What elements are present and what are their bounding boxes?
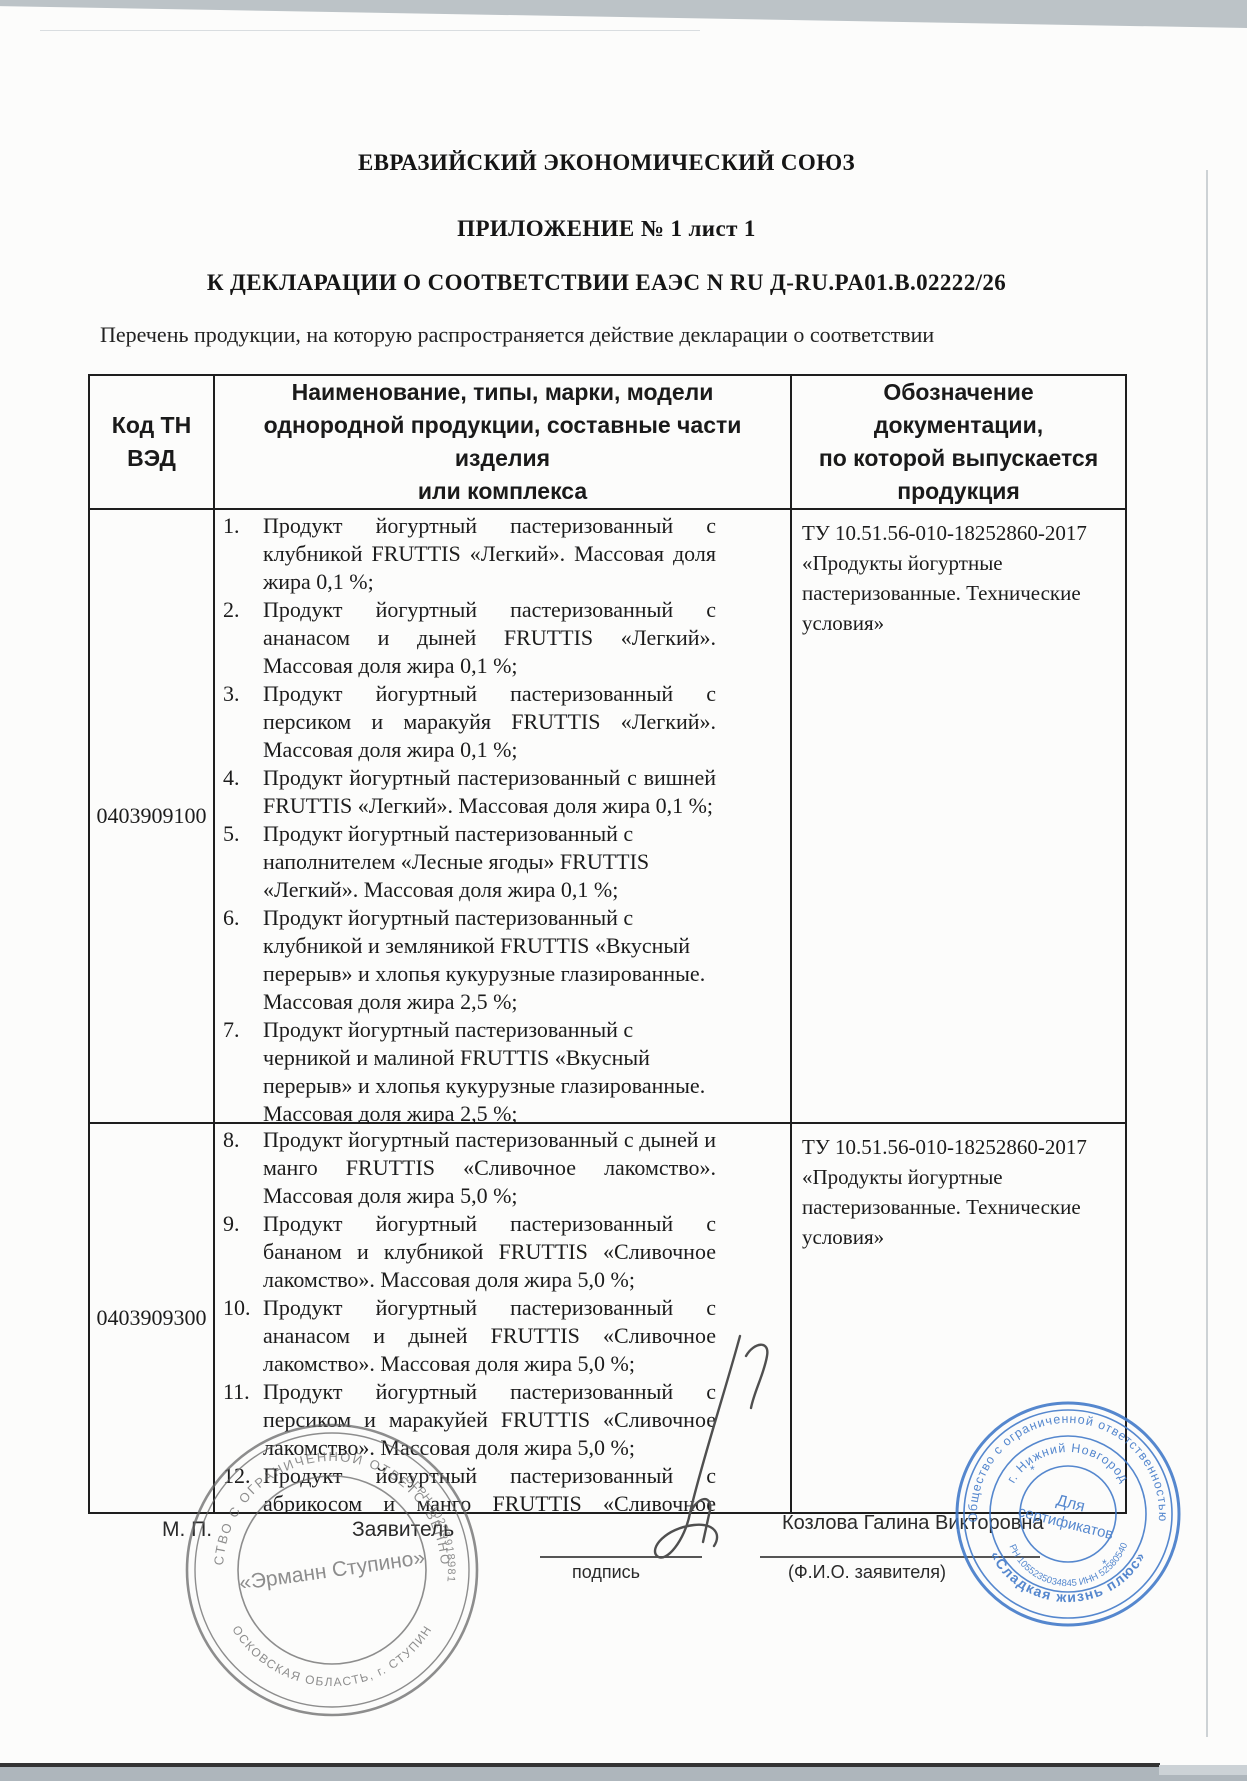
item-number: 3. [223, 680, 263, 764]
scan-edge-top [0, 0, 1247, 28]
item-text: Продукт йогуртный пастеризованный с вишн… [263, 764, 716, 820]
black-stamp-ring-top-text: ОБЩЕСТВО С ОГРАНИЧЕННОЙ ОТВЕТСТВЕННОСТЬЮ [182, 1420, 453, 1567]
product-item: 2.Продукт йогуртный пастеризованный с ан… [223, 596, 716, 680]
item-text: Продукт йогуртный пастеризованный с перс… [263, 680, 716, 764]
header-tn-ved: Код ТН ВЭД [89, 375, 214, 509]
product-items-cell: 1.Продукт йогуртный пастеризованный с кл… [214, 509, 791, 1123]
item-text: Продукт йогуртный пастеризованный с черн… [263, 1016, 716, 1122]
blue-stamp-star-left: * [1030, 1463, 1035, 1477]
product-item: 4.Продукт йогуртный пастеризованный с ви… [223, 764, 716, 820]
item-number: 9. [223, 1210, 263, 1294]
item-text: Продукт йогуртный пастеризованный с бана… [263, 1210, 716, 1294]
product-item: 5.Продукт йогуртный пастеризованный с на… [223, 820, 716, 904]
header-product-name: Наименование, типы, марки, модели одноро… [214, 375, 791, 509]
scan-edge-bottom-right [1159, 1765, 1247, 1775]
item-text: Продукт йогуртный пастеризованный с напо… [263, 820, 716, 904]
scanned-declaration-page: ЕВРАЗИЙСКИЙ ЭКОНОМИЧЕСКИЙ СОЮЗ ПРИЛОЖЕНИ… [0, 0, 1247, 1781]
tn-ved-code: 0403909100 [89, 509, 214, 1123]
black-stamp-center-text: «Эрманн Ступино» [238, 1546, 427, 1595]
table-row: 04039091001.Продукт йогуртный пастеризов… [89, 509, 1126, 1123]
svg-text:г. Нижний Новгород: г. Нижний Новгород [1004, 1441, 1131, 1485]
product-item: 1.Продукт йогуртный пастеризованный с кл… [223, 512, 716, 596]
item-number: 5. [223, 820, 263, 904]
item-text: Продукт йогуртный пастеризованный с дыне… [263, 1126, 716, 1210]
union-title: ЕВРАЗИЙСКИЙ ЭКОНОМИЧЕСКИЙ СОЮЗ [88, 150, 1125, 176]
appendix-title: ПРИЛОЖЕНИЕ № 1 лист 1 [88, 216, 1125, 242]
blue-stamp-inner-top-text: г. Нижний Новгород [1004, 1441, 1131, 1485]
item-text: Продукт йогуртный пастеризованный с клуб… [263, 512, 716, 596]
table-header-row: Код ТН ВЭД Наименование, типы, марки, мо… [89, 375, 1126, 509]
scan-edge-bottom [0, 1767, 1247, 1781]
svg-text:ОБЩЕСТВО С ОГРАНИЧЕННОЙ ОТВЕТС: ОБЩЕСТВО С ОГРАНИЧЕННОЙ ОТВЕТСТВЕННОСТЬЮ [182, 1420, 453, 1567]
round-stamp-black: ОБЩЕСТВО С ОГРАНИЧЕННОЙ ОТВЕТСТВЕННОСТЬЮ… [182, 1420, 482, 1720]
doc-reference-cell: ТУ 10.51.56-010-18252860-2017 «Продукты … [791, 509, 1126, 1123]
fio-caption: (Ф.И.О. заявителя) [788, 1562, 946, 1583]
blue-stamp-star-right: * [1102, 1557, 1107, 1571]
item-number: 10. [223, 1294, 263, 1378]
items-clip: 1.Продукт йогуртный пастеризованный с кл… [223, 512, 716, 1122]
item-number: 7. [223, 1016, 263, 1122]
item-text: Продукт йогуртный пастеризованный с анан… [263, 596, 716, 680]
scan-hairline [40, 30, 700, 31]
item-text: Продукт йогуртный пастеризованный с клуб… [263, 904, 716, 1016]
product-item: 9.Продукт йогуртный пастеризованный с ба… [223, 1210, 716, 1294]
declaration-number-title: К ДЕКЛАРАЦИИ О СООТВЕТСТВИИ ЕАЭС N RU Д-… [88, 270, 1125, 296]
product-list-caption: Перечень продукции, на которую распростр… [100, 322, 1060, 348]
round-stamp-blue: Общество с ограниченной ответственностью… [950, 1396, 1186, 1632]
page-right-edge [1206, 170, 1208, 1737]
header-documentation: Обозначение документации, по которой вып… [791, 375, 1126, 509]
product-item: 6.Продукт йогуртный пастеризованный с кл… [223, 904, 716, 1016]
product-item: 8.Продукт йогуртный пастеризованный с ды… [223, 1126, 716, 1210]
item-number: 1. [223, 512, 263, 596]
item-number: 4. [223, 764, 263, 820]
item-number: 2. [223, 596, 263, 680]
product-item: 7.Продукт йогуртный пастеризованный с че… [223, 1016, 716, 1122]
handwritten-signature [600, 1328, 810, 1578]
item-number: 8. [223, 1126, 263, 1210]
product-item: 3.Продукт йогуртный пастеризованный с пе… [223, 680, 716, 764]
item-number: 6. [223, 904, 263, 1016]
